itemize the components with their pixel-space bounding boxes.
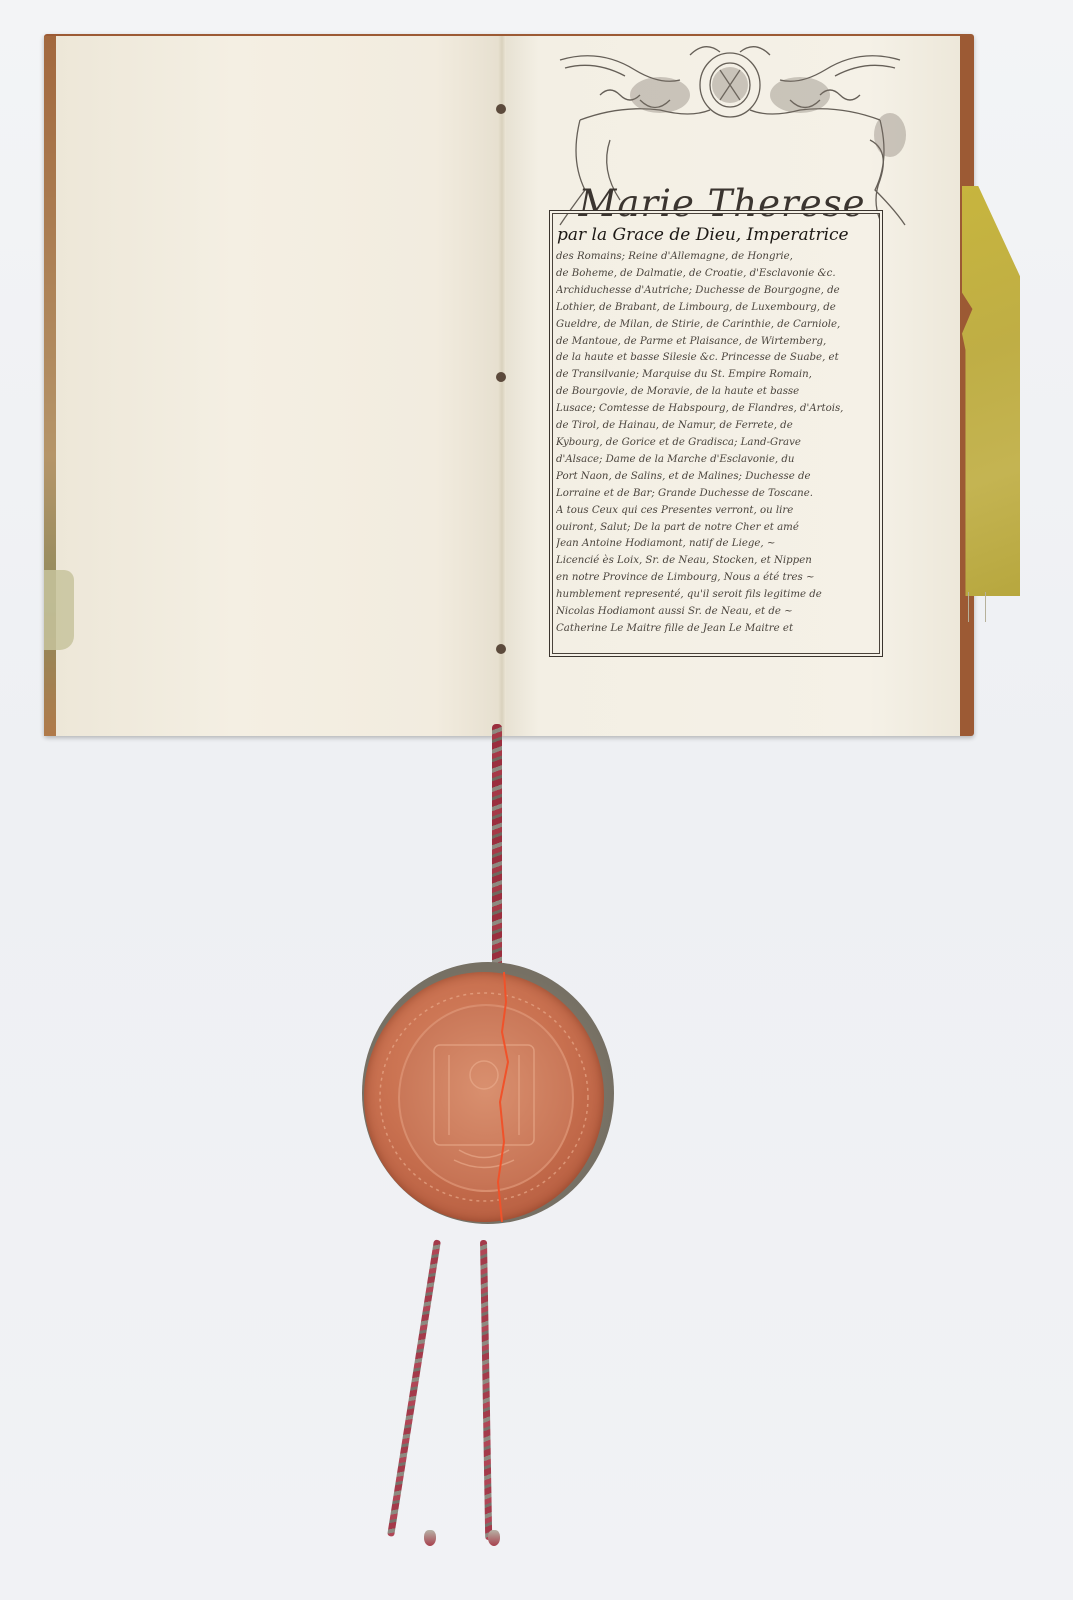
body-line: ouiront, Salut; De la part de notre Cher… [556, 520, 882, 537]
body-line: Licencié ès Loix, Sr. de Neau, Stocken, … [556, 553, 882, 570]
body-line: Lorraine et de Bar; Grande Duchesse de T… [556, 486, 882, 503]
body-line: Catherine Le Maitre fille de Jean Le Mai… [556, 621, 882, 638]
stitch-hole [496, 372, 506, 382]
body-line: Kybourg, de Gorice et de Gradisca; Land-… [556, 435, 882, 452]
body-line: Jean Antoine Hodiamont, natif de Liege, … [556, 536, 882, 553]
body-line: d'Alsace; Dame de la Marche d'Esclavonie… [556, 452, 882, 469]
silk-ribbon [962, 186, 1020, 596]
stitch-hole [496, 644, 506, 654]
tassel [424, 1530, 436, 1546]
seal-crack [488, 972, 518, 1222]
seal-cord-lower-right [480, 1240, 492, 1540]
body-line: Archiduchesse d'Autriche; Duchesse de Bo… [556, 283, 882, 300]
body-line: de Boheme, de Dalmatie, de Croatie, d'Es… [556, 266, 882, 283]
body-line: de la haute et basse Silesie &c. Princes… [556, 350, 882, 367]
body-line: Lusace; Comtesse de Habspourg, de Flandr… [556, 401, 882, 418]
body-line: de Transilvanie; Marquise du St. Empire … [556, 367, 882, 384]
body-line: de Bourgovie, de Moravie, de la haute et… [556, 384, 882, 401]
tassel [488, 1530, 500, 1546]
left-page-damage [44, 570, 74, 650]
body-line: de Mantoue, de Parme et Plaisance, de Wi… [556, 334, 882, 351]
book-gutter [498, 36, 506, 736]
seal-emblem-icon [364, 975, 604, 1220]
body-line: des Romains; Reine d'Allemagne, de Hongr… [556, 249, 882, 266]
seal-cord-lower-left [387, 1239, 441, 1536]
seal-cord-upper [492, 724, 502, 984]
left-page-blank [56, 36, 502, 736]
body-line: A tous Ceux qui ces Presentes verront, o… [556, 503, 882, 520]
stitch-hole [496, 104, 506, 114]
body-line: Lothier, de Brabant, de Limbourg, de Lux… [556, 300, 882, 317]
body-line: en notre Province de Limbourg, Nous a ét… [556, 570, 882, 587]
ribbon-fray [968, 592, 986, 622]
body-line: Gueldre, de Milan, de Stirie, de Carinth… [556, 317, 882, 334]
body-line: de Tirol, de Hainau, de Namur, de Ferret… [556, 418, 882, 435]
body-line: Nicolas Hodiamont aussi Sr. de Neau, et … [556, 604, 882, 621]
body-line: humblement representé, qu'il seroit fils… [556, 587, 882, 604]
body-line: Port Naon, de Salins, et de Malines; Duc… [556, 469, 882, 486]
document-body: des Romains; Reine d'Allemagne, de Hongr… [556, 249, 882, 638]
